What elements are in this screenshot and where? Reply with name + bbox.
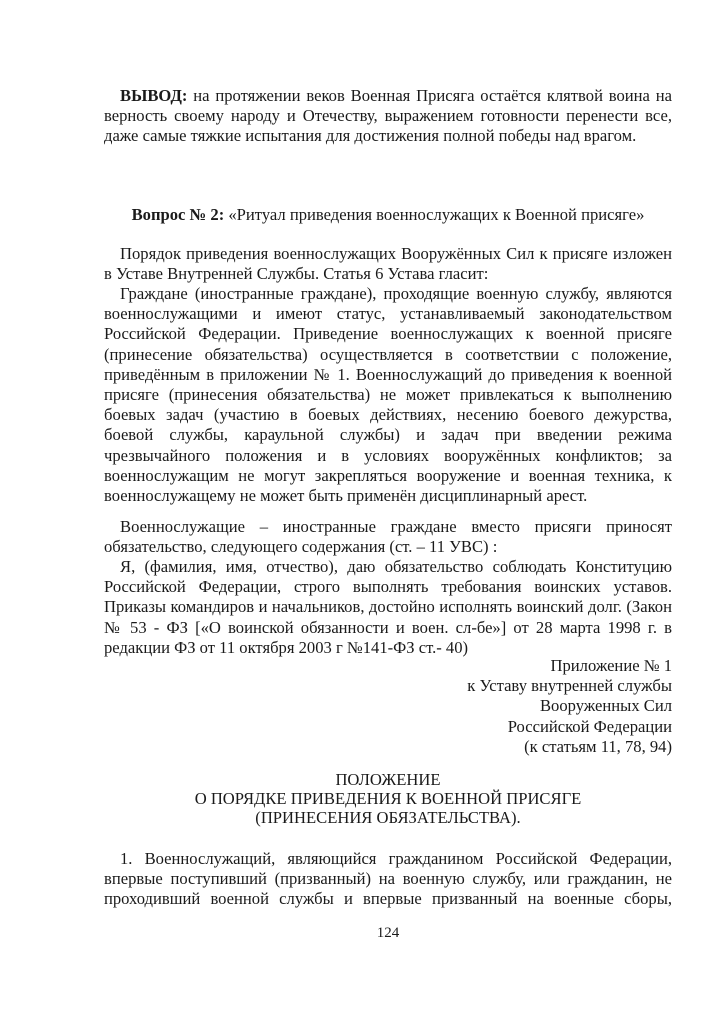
intro-paragraph: Порядок приведения военнослужащих Вооруж… [104,244,672,284]
regulation-title-line: (ПРИНЕСЕНИЯ ОБЯЗАТЕЛЬСТВА). [104,808,672,827]
question-label: Вопрос № 2: [132,205,225,224]
conclusion-text: на протяжении веков Военная Присяга оста… [104,86,672,145]
oath-paragraph: Я, (фамилия, имя, отчество), даю обязате… [104,557,672,658]
foreign-citizens-paragraph: Военнослужащие – иностранные граждане вм… [104,517,672,557]
appendix-line: Вооруженных Сил [467,696,672,716]
regulation-item-1-text: 1. Военнослужащий, являющийся гражданино… [104,849,672,910]
appendix-line: Российской Федерации [467,717,672,737]
regulation-title: ПОЛОЖЕНИЕ О ПОРЯДКЕ ПРИВЕДЕНИЯ К ВОЕННОЙ… [104,770,672,827]
question-title: «Ритуал приведения военнослужащих к Воен… [224,205,644,224]
regulation-title-line: ПОЛОЖЕНИЕ [104,770,672,789]
regulation-title-line: О ПОРЯДКЕ ПРИВЕДЕНИЯ К ВОЕННОЙ ПРИСЯГЕ [104,789,672,808]
citizens-paragraph: Граждане (иностранные граждане), проходя… [104,284,672,506]
conclusion-label: ВЫВОД: [120,86,187,105]
foreign-citizens-text: Военнослужащие – иностранные граждане вм… [104,517,672,557]
regulation-item-1: 1. Военнослужащий, являющийся гражданино… [104,849,672,910]
citizens-text: Граждане (иностранные граждане), проходя… [104,284,672,506]
question-heading: Вопрос № 2: «Ритуал приведения военнослу… [104,205,672,225]
appendix-reference: Приложение № 1 к Уставу внутренней служб… [467,656,672,757]
appendix-line: Приложение № 1 [467,656,672,676]
oath-text: Я, (фамилия, имя, отчество), даю обязате… [104,557,672,658]
appendix-line: (к статьям 11, 78, 94) [467,737,672,757]
conclusion-paragraph: ВЫВОД: на протяжении веков Военная Прися… [104,86,672,147]
page-number: 124 [104,924,672,942]
intro-text: Порядок приведения военнослужащих Вооруж… [104,244,672,284]
appendix-line: к Уставу внутренней службы [467,676,672,696]
